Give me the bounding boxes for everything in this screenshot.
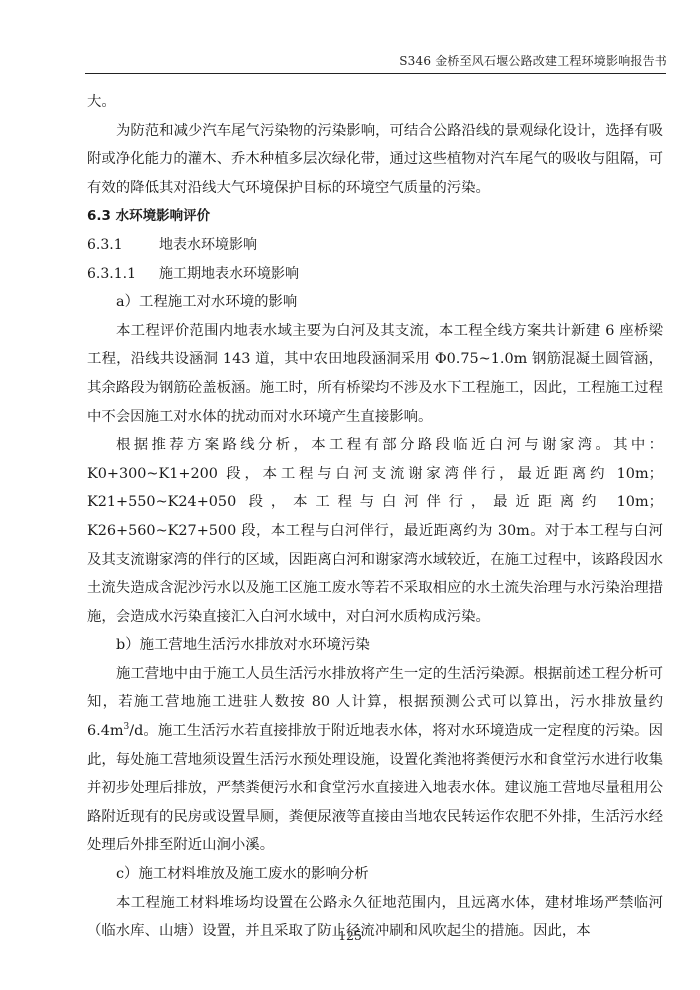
paragraph-camp-sewage: 施工营地中由于施工人员生活污水排放将产生一定的生活污染源。根据前述工程分析可知，…: [87, 660, 663, 860]
page-body: 大。 为防范和减少汽车尾气污染物的污染影响，可结合公路沿线的景观绿化设计，选择有…: [87, 88, 663, 946]
section-title: 地表水环境影响: [159, 237, 257, 253]
subheading-b: b）施工营地生活污水排放对水环境污染: [87, 631, 663, 660]
paragraph-continuation: 大。: [87, 88, 663, 117]
header-divider: [85, 73, 666, 74]
section-heading-6-3-1-1: 6.3.1.1施工期地表水环境影响: [87, 260, 663, 289]
report-title: S346 金桥至风石堰公路改建工程环境影响报告书: [399, 52, 667, 69]
subheading-c: c）施工材料堆放及施工废水的影响分析: [87, 860, 663, 889]
section-number: 6.3: [87, 208, 111, 224]
section-number: 6.3.1.1: [87, 260, 159, 289]
paragraph-route-segments: 根据推荐方案路线分析，本工程有部分路段临近白河与谢家湾。其中：K0+300~K1…: [87, 431, 663, 631]
paragraph-exhaust-mitigation: 为防范和减少汽车尾气污染物的污染影响，可结合公路沿线的景观绿化设计，选择有吸附或…: [87, 117, 663, 203]
section-title: 施工期地表水环境影响: [159, 266, 299, 282]
page-number: 125: [0, 928, 700, 943]
section-heading-6-3: 6.3 水环境影响评价: [87, 202, 663, 231]
section-heading-6-3-1: 6.3.1地表水环境影响: [87, 231, 663, 260]
section-title: 水环境影响评价: [116, 208, 211, 224]
subheading-a: a）工程施工对水环境的影响: [87, 288, 663, 317]
text-run: /d。施工生活污水若直接排放于附近地表水体，将对水环境造成一定程度的污染。因此，…: [87, 723, 663, 853]
section-number: 6.3.1: [87, 231, 159, 260]
paragraph-bridges-culverts: 本工程评价范围内地表水域主要为白河及其支流，本工程全线方案共计新建 6 座桥梁工…: [87, 317, 663, 431]
